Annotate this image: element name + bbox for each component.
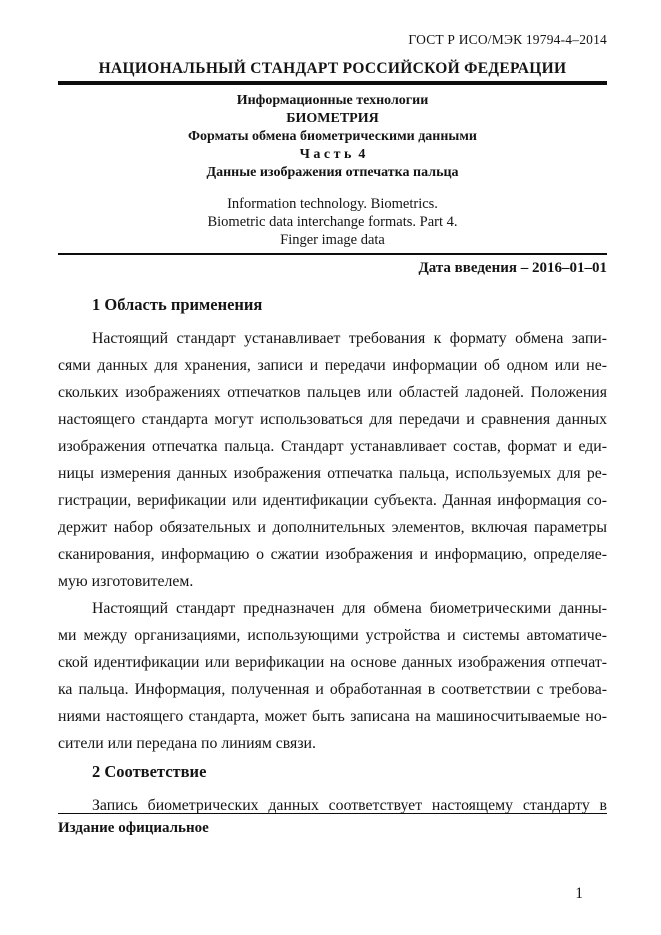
section: 2 СоответствиеЗапись биометрических данн… [58,761,607,819]
org-title: НАЦИОНАЛЬНЫЙ СТАНДАРТ РОССИЙСКОЙ ФЕДЕРАЦ… [58,59,607,78]
paragraph-line: ницы измерения данных изображения отпеча… [58,460,607,487]
title-line: БИОМЕТРИЯ [58,110,607,128]
title-line-en: Information technology. Biometrics. [58,195,607,213]
doc-code: ГОСТ Р ИСО/МЭК 19794-4–2014 [58,31,607,48]
paragraph-line: гистрации, верификации или идентификации… [58,487,607,514]
section-heading: 1 Область применения [58,294,607,316]
paragraph-line: сями данных для хранения, записи и перед… [58,352,607,379]
paragraph-line: ской идентификации или верификации на ос… [58,649,607,676]
paragraph-line: Настоящий стандарт устанавливает требова… [58,325,607,352]
title-line-en: Biometric data interchange formats. Part… [58,213,607,231]
footer: Издание официальное [58,813,607,838]
paragraph-line: держит набор обязательных и дополнительн… [58,514,607,541]
title-block: Информационные технологииБИОМЕТРИЯФормат… [58,92,607,182]
paragraph-line: настоящего стандарта могут использоватьс… [58,406,607,433]
paragraph-line: Настоящий стандарт предназначен для обме… [58,595,607,622]
paragraph-line: ниями настоящего стандарта, может быть з… [58,703,607,730]
document-page: ГОСТ Р ИСО/МЭК 19794-4–2014 НАЦИОНАЛЬНЫЙ… [0,0,661,935]
title-line-en: Finger image data [58,231,607,249]
section: 1 Область примененияНастоящий стандарт у… [58,294,607,757]
paragraph-line: изображения отпечатка пальца. Стандарт у… [58,433,607,460]
paragraph: Настоящий стандарт устанавливает требова… [58,325,607,595]
title-block-en: Information technology. Biometrics.Biome… [58,195,607,249]
title-line: Информационные технологии [58,92,607,110]
section-heading: 2 Соответствие [58,761,607,783]
title-line: Ч а с т ь 4 [58,146,607,164]
title-rule [58,253,607,255]
paragraph-line: сканирования, информацию о сжатии изобра… [58,541,607,568]
paragraph-line: скольких изображениях отпечатков пальцев… [58,379,607,406]
effective-date: Дата введения – 2016–01–01 [58,259,607,278]
document-body: 1 Область примененияНастоящий стандарт у… [58,294,607,819]
title-line: Форматы обмена биометрическими данными [58,128,607,146]
official-edition-note: Издание официальное [58,819,607,838]
paragraph-line: ка пальца. Информация, полученная и обра… [58,676,607,703]
paragraph-line: ми между организациями, использующими ус… [58,622,607,649]
page-number: 1 [575,884,583,903]
title-line: Данные изображения отпечатка пальца [58,164,607,182]
paragraph: Настоящий стандарт предназначен для обме… [58,595,607,757]
header-rule [58,81,607,85]
paragraph-line: мую изготовителем. [58,568,607,595]
paragraph-line: сители или передана по линиям связи. [58,730,607,757]
